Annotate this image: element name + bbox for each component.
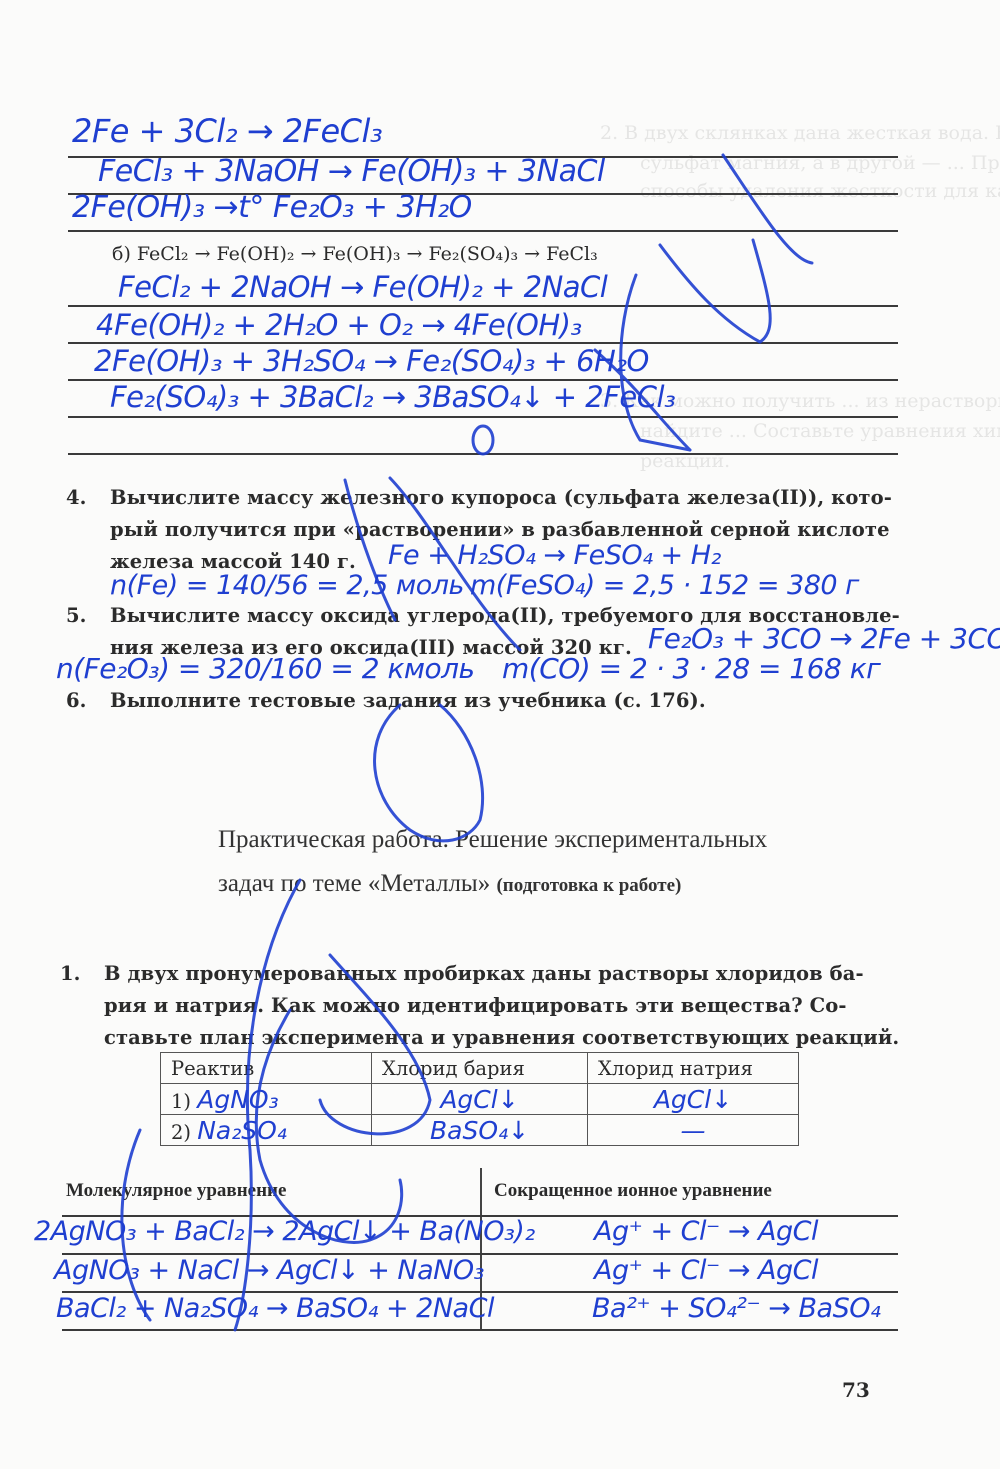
pen-scribble-marks	[0, 0, 1000, 1469]
